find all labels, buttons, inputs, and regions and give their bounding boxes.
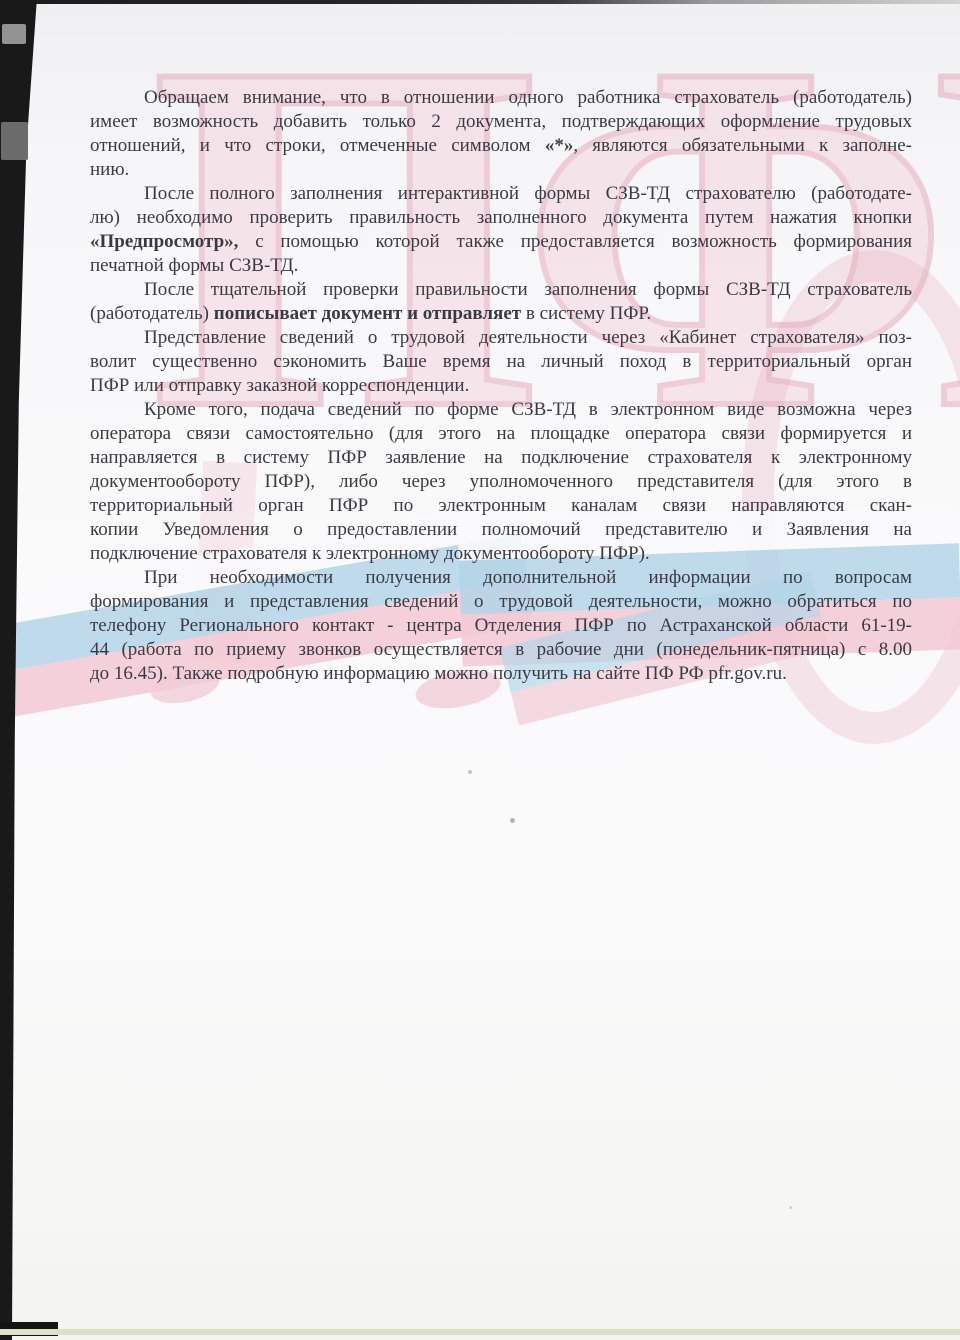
text-run: После полного заполнения интерактивной ф… (144, 183, 912, 204)
scanner-edge-top (0, 0, 960, 4)
text-line: оператора связи самостоятельно (для этог… (90, 422, 912, 446)
text-line: до 16.45). Также подробную информацию мо… (90, 662, 912, 686)
scanned-page: ПФР Обращаем внимание, что в отношении о… (0, 0, 960, 1340)
bold-text-run: пописывает документ и отправляет (214, 303, 521, 324)
text-line: Представление сведений о трудовой деятел… (90, 326, 912, 350)
scan-speck (789, 1206, 792, 1209)
text-run: документообороту ПФР), либо через уполно… (90, 471, 912, 492)
text-line: ПФР или отправку заказной корреспонденци… (90, 374, 912, 398)
text-line: лю) необходимо проверить правильность за… (90, 206, 912, 230)
text-run: печатной формы СЗВ-ТД. (90, 255, 298, 276)
text-run: до 16.45). Также подробную информацию мо… (90, 663, 787, 684)
text-line: После тщательной проверки правильности з… (90, 278, 912, 302)
text-line: нию. (90, 158, 912, 182)
text-line: (работодатель) пописывает документ и отп… (90, 302, 912, 326)
text-run: направляется в систему ПФР заявление на … (90, 447, 912, 468)
text-run: (работодатель) (90, 303, 214, 324)
text-run: Представление сведений о трудовой деятел… (144, 327, 912, 348)
text-run: При необходимости получения дополнительн… (144, 567, 912, 588)
text-line: направляется в систему ПФР заявление на … (90, 446, 912, 470)
text-line: Обращаем внимание, что в отношении одног… (90, 86, 912, 110)
text-run: , являются обязательными к заполне- (573, 135, 912, 156)
scan-speck (510, 818, 515, 823)
text-line: При необходимости получения дополнительн… (90, 566, 912, 590)
text-run: Обращаем внимание, что в отношении одног… (144, 87, 912, 108)
text-run: в систему ПФР. (521, 303, 651, 324)
text-run: Кроме того, подача сведений по форме СЗВ… (144, 399, 912, 420)
text-line: территориальный орган ПФР по электронным… (90, 494, 912, 518)
text-run: телефону Регионального контакт - центра … (90, 615, 912, 636)
text-run: оператора связи самостоятельно (для этог… (90, 423, 912, 444)
document-text: Обращаем внимание, что в отношении одног… (90, 86, 912, 686)
text-run: отношений, и что строки, отмеченные симв… (90, 135, 545, 156)
bold-text-run: «Предпросмотр», (90, 231, 238, 252)
text-line: копии Уведомления о предоставлении полно… (90, 518, 912, 542)
text-line: 44 (работа по приему звонков осуществляе… (90, 638, 912, 662)
text-run: с помощью которой также предоставляется … (238, 231, 912, 252)
text-run: После тщательной проверки правильности з… (144, 279, 912, 300)
text-line: печатной формы СЗВ-ТД. (90, 254, 912, 278)
scanner-edge-notch (2, 24, 26, 44)
text-run: лю) необходимо проверить правильность за… (90, 207, 912, 228)
text-line: документообороту ПФР), либо через уполно… (90, 470, 912, 494)
text-run: 44 (работа по приему звонков осуществляе… (90, 639, 912, 660)
text-line: волит существенно сэкономить Ваше время … (90, 350, 912, 374)
text-run: нию. (90, 159, 129, 180)
scanner-edge-notch (1, 122, 28, 160)
text-run: волит существенно сэкономить Ваше время … (90, 351, 912, 372)
text-line: телефону Регионального контакт - центра … (90, 614, 912, 638)
text-line: После полного заполнения интерактивной ф… (90, 182, 912, 206)
text-run: формирования и представления сведений о … (90, 591, 912, 612)
scanner-edge-left (0, 0, 40, 1340)
text-run: имеет возможность добавить только 2 доку… (90, 111, 912, 132)
text-line: Кроме того, подача сведений по форме СЗВ… (90, 398, 912, 422)
scanner-edge-bottom (0, 1329, 960, 1335)
text-run: ПФР или отправку заказной корреспонденци… (90, 375, 469, 396)
bold-text-run: «*» (545, 135, 574, 156)
text-line: имеет возможность добавить только 2 доку… (90, 110, 912, 134)
text-run: территориальный орган ПФР по электронным… (90, 495, 912, 516)
text-line: отношений, и что строки, отмеченные симв… (90, 134, 912, 158)
text-run: копии Уведомления о предоставлении полно… (90, 519, 912, 540)
text-run: подключение страхователя к электронному … (90, 543, 650, 564)
scan-speck (468, 770, 472, 774)
text-line: подключение страхователя к электронному … (90, 542, 912, 566)
text-line: формирования и представления сведений о … (90, 590, 912, 614)
text-line: «Предпросмотр», с помощью которой также … (90, 230, 912, 254)
